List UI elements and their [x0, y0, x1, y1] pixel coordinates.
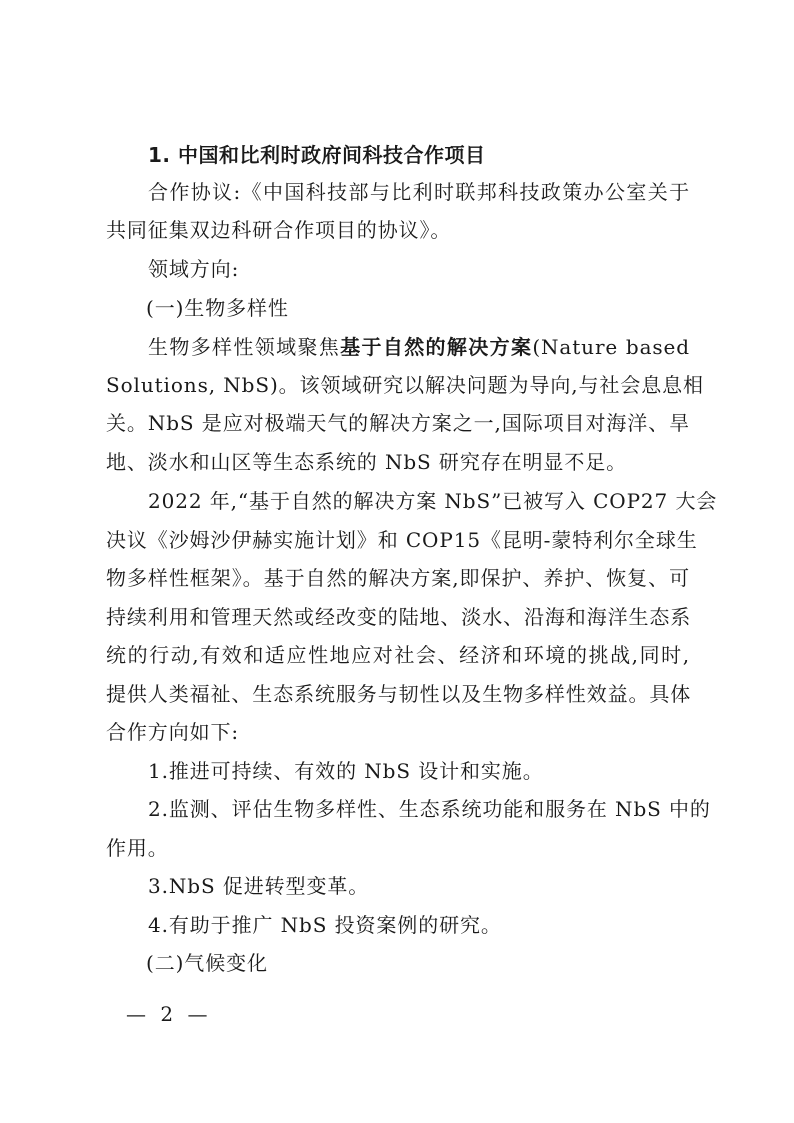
- page-number: — 2 —: [126, 1002, 211, 1026]
- paragraph-line: 2022 年,“基于自然的解决方案 NbS”已被写入 COP27 大会: [148, 489, 690, 513]
- paragraph-line: 合作方向如下:: [106, 720, 690, 744]
- paragraph-line: 持续利用和管理天然或经改变的陆地、淡水、沿海和海洋生态系: [106, 605, 690, 629]
- paragraph-line: 关。NbS 是应对极端天气的解决方案之一,国际项目对海洋、旱: [106, 411, 690, 435]
- subsection-title: (一)生物多样性: [146, 296, 730, 320]
- agreement-line: 合作协议:《中国科技部与比利时联邦科技政策办公室关于: [148, 180, 690, 204]
- paragraph-line: 地、淡水和山区等生态系统的 NbS 研究存在明显不足。: [106, 450, 690, 474]
- list-item: 2.监测、评估生物多样性、生态系统功能和服务在 NbS 中的: [148, 797, 690, 821]
- paragraph-line: 提供人类福祉、生态系统服务与韧性以及生物多样性效益。具体: [106, 682, 690, 706]
- paragraph-line: 生物多样性领域聚焦基于自然的解决方案(Nature based: [148, 335, 690, 359]
- paragraph-line: 统的行动,有效和适应性地应对社会、经济和环境的挑战,同时,: [106, 643, 690, 667]
- emphasis-text: 基于自然的解决方案: [340, 335, 532, 359]
- subsection-title: (二)气候变化: [146, 951, 730, 975]
- paragraph-line: 物多样性框架》。基于自然的解决方案,即保护、养护、恢复、可: [106, 566, 690, 590]
- list-item-continuation: 作用。: [106, 836, 690, 860]
- section-heading: 1. 中国和比利时政府间科技合作项目: [148, 143, 690, 167]
- list-item: 4.有助于推广 NbS 投资案例的研究。: [148, 913, 690, 937]
- document-page: 1. 中国和比利时政府间科技合作项目 合作协议:《中国科技部与比利时联邦科技政策…: [0, 0, 794, 1123]
- paragraph-line: 决议《沙姆沙伊赫实施计划》和 COP15《昆明-蒙特利尔全球生: [106, 528, 690, 552]
- list-item: 1.推进可持续、有效的 NbS 设计和实施。: [148, 759, 690, 783]
- text-span: 生物多样性领域聚焦: [148, 335, 340, 359]
- list-item: 3.NbS 促进转型变革。: [148, 874, 690, 898]
- domain-direction-label: 领域方向:: [148, 257, 690, 281]
- agreement-line: 共同征集双边科研合作项目的协议》。: [106, 218, 690, 242]
- text-span: (Nature based: [532, 335, 690, 359]
- paragraph-line: Solutions, NbS)。该领域研究以解决问题为导向,与社会息息相: [106, 373, 690, 397]
